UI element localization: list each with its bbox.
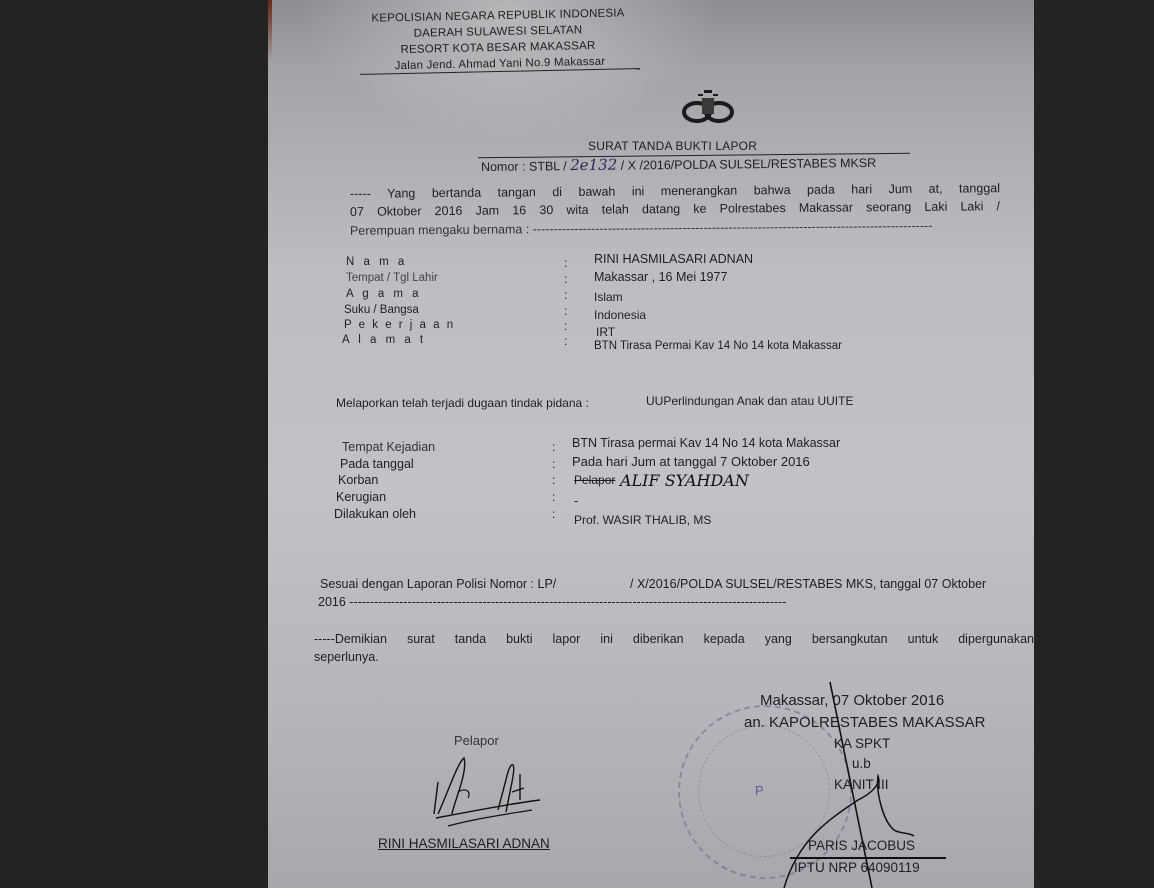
incident-value: Pada hari Jum at tanggal 7 Oktober 2016: [572, 454, 810, 469]
colon: :: [552, 440, 555, 454]
identity-row: Suku / Bangsa : Indonesia: [268, 304, 1034, 320]
intro-line2: 07 Oktober 2016 Jam 16 30 wita telah dat…: [350, 199, 1000, 219]
colon: :: [564, 319, 567, 333]
colon: :: [564, 304, 567, 318]
identity-value: Islam: [594, 290, 623, 304]
identity-label: Suku / Bangsa: [344, 304, 419, 316]
identity-label: P e k e r j a a n: [344, 319, 455, 331]
identity-value: RINI HASMILASARI ADNAN: [594, 252, 753, 266]
nomor-prefix: Nomor : STBL /: [481, 159, 567, 174]
document-page: KEPOLISIAN NEGARA REPUBLIK INDONESIA DAE…: [268, 0, 1034, 888]
reporter-name: RINI HASMILASARI ADNAN: [378, 836, 550, 851]
identity-label: Tempat / Tgl Lahir: [346, 272, 438, 284]
incident-row: Korban : Pelapor ALIF SYAHDAN: [268, 473, 1034, 489]
reference-suffix: / X/2016/POLDA SULSEL/RESTABES MKS, tang…: [630, 577, 986, 591]
identity-row: A l a m a t : BTN Tirasa Permai Kav 14 N…: [268, 334, 1034, 350]
officer-name: PARIS JACOBUS: [808, 838, 915, 853]
colon: :: [564, 256, 567, 270]
stamp-letter: P: [755, 783, 764, 798]
colon: :: [564, 334, 567, 348]
identity-label: N a m a: [346, 256, 407, 268]
report-value: UUPerlindungan Anak dan atau UUITE: [646, 394, 853, 408]
reporter-name-text: RINI HASMILASARI ADNAN: [378, 836, 550, 851]
incident-label: Dilakukan oleh: [334, 507, 416, 521]
paper-edge: [268, 0, 272, 60]
incident-row: Kerugian : -: [268, 490, 1034, 506]
intro-line3: Perempuan mengaku bernama : ------------…: [350, 218, 1000, 238]
reference-line2: 2016 -----------------------------------…: [318, 595, 883, 609]
nomor-suffix: / X /2016/POLDA SULSEL/RESTABES MKSR: [621, 156, 877, 173]
incident-row: Dilakukan oleh : Prof. WASIR THALIB, MS: [268, 507, 1034, 523]
colon: :: [564, 288, 567, 302]
nomor-handwritten: 2e132: [570, 156, 617, 174]
identity-row: A g a m a : Islam: [268, 288, 1034, 304]
incident-value: Prof. WASIR THALIB, MS: [574, 513, 711, 527]
officer-rank-nrp: IPTU NRP 64090119: [794, 860, 920, 875]
incident-label: Kerugian: [336, 490, 386, 504]
incident-handwritten: ALIF SYAHDAN: [620, 471, 749, 490]
document-number: Nomor : STBL / 2e132 / X /2016/POLDA SUL…: [481, 153, 876, 175]
intro-line1: ----- Yang bertanda tangan di bawah ini …: [350, 181, 1000, 201]
closing-line1: -----Demikian surat tanda bukti lapor in…: [314, 632, 1034, 646]
police-emblem-icon: [680, 88, 736, 124]
incident-label: Pada tanggal: [340, 457, 414, 471]
officer-name-underline: [790, 857, 946, 859]
incident-value-struck: Pelapor: [574, 473, 615, 487]
colon: :: [552, 490, 555, 504]
reference-prefix: Sesuai dengan Laporan Polisi Nomor : LP/: [320, 577, 556, 591]
colon: :: [552, 473, 555, 487]
identity-value: Makassar , 16 Mei 1977: [594, 270, 727, 284]
identity-label: A l a m a t: [342, 334, 426, 346]
incident-value: -: [574, 494, 578, 508]
incident-label: Korban: [338, 473, 378, 487]
closing-line2: seperlunya.: [314, 650, 379, 664]
incident-label: Tempat Kejadian: [342, 440, 435, 454]
colon: :: [552, 457, 555, 471]
report-label: Melaporkan telah terjadi dugaan tindak p…: [336, 396, 589, 410]
reporter-role: Pelapor: [454, 733, 499, 748]
identity-value: BTN Tirasa Permai Kav 14 No 14 kota Maka…: [594, 340, 842, 352]
identity-label: A g a m a: [346, 288, 422, 300]
reporter-signature-icon: [428, 752, 548, 832]
identity-row: P e k e r j a a n : IRT: [268, 319, 1034, 335]
colon: :: [552, 507, 555, 521]
incident-value: BTN Tirasa permai Kav 14 No 14 kota Maka…: [572, 436, 840, 450]
colon: :: [564, 272, 567, 286]
document-title: SURAT TANDA BUKTI LAPOR: [588, 139, 757, 153]
identity-row: Tempat / Tgl Lahir : Makassar , 16 Mei 1…: [268, 272, 1034, 288]
